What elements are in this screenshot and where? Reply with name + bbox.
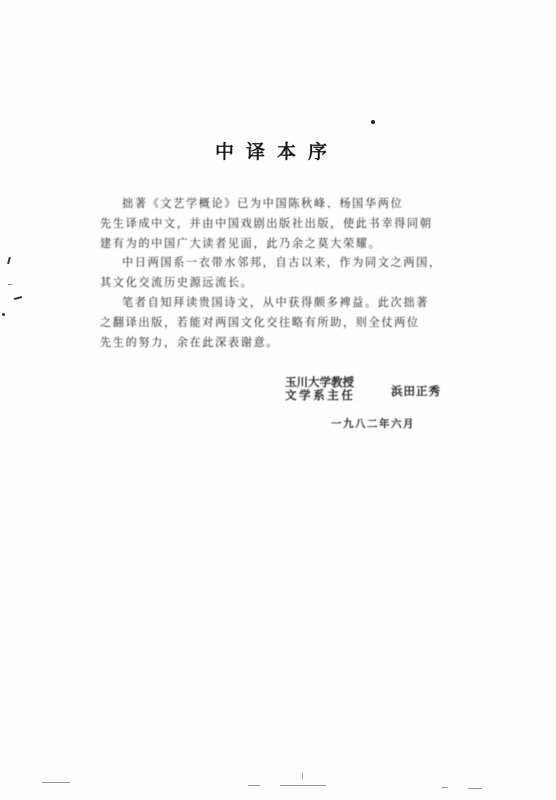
author-name: 浜田正秀 bbox=[391, 383, 441, 399]
paragraph-2-line-2: 其文化交流历史源远流长。 bbox=[100, 273, 462, 293]
paragraph-3-line-2: 之翻译出版，若能对两国文化交往略有所助，则全仗两位 bbox=[100, 313, 462, 333]
paragraph-1-line-1: 拙著《文艺学概论》已为中国陈秋峰、杨国华两位 bbox=[100, 194, 462, 214]
page-title: 中译本序 bbox=[215, 137, 345, 164]
bottom-scan-line bbox=[248, 785, 260, 786]
preface-body: 拙著《文艺学概论》已为中国陈秋峰、杨国华两位 先生译成中文，并由中国戏剧出版社出… bbox=[100, 194, 462, 352]
margin-mark-icon bbox=[2, 313, 5, 316]
bottom-scan-line bbox=[42, 782, 70, 783]
bottom-scan-line bbox=[468, 788, 482, 789]
author-affiliation: 玉川大学教授 文学系主任 bbox=[285, 376, 356, 402]
affiliation-department: 文学系主任 bbox=[285, 389, 356, 402]
margin-mark-icon bbox=[7, 257, 11, 264]
paragraph-3-line-3: 先生的努力，余在此深表谢意。 bbox=[100, 333, 462, 353]
paragraph-2-line-1: 中日两国系一衣带水邻邦，自古以来，作为同文之两国， bbox=[100, 253, 462, 273]
paragraph-1-line-3: 建有为的中国广大读者见面，此乃余之莫大荣耀。 bbox=[100, 234, 462, 254]
paragraph-3-line-1: 笔者自知拜读贵国诗文，从中获得颇多裨益。此次拙著 bbox=[100, 293, 462, 313]
paragraph-1-line-2: 先生译成中文，并由中国戏剧出版社出版，使此书幸得同朝 bbox=[100, 214, 462, 234]
scan-speck-icon bbox=[371, 120, 375, 124]
margin-mark-icon bbox=[14, 296, 22, 300]
margin-mark-icon bbox=[8, 284, 12, 285]
bottom-scan-line bbox=[442, 787, 448, 788]
bottom-scan-line bbox=[280, 785, 326, 786]
signature-date: 一九八二年六月 bbox=[331, 416, 415, 431]
bottom-scan-line bbox=[302, 773, 303, 779]
scanned-page: 中译本序 拙著《文艺学概论》已为中国陈秋峰、杨国华两位 先生译成中文，并由中国戏… bbox=[0, 0, 556, 800]
